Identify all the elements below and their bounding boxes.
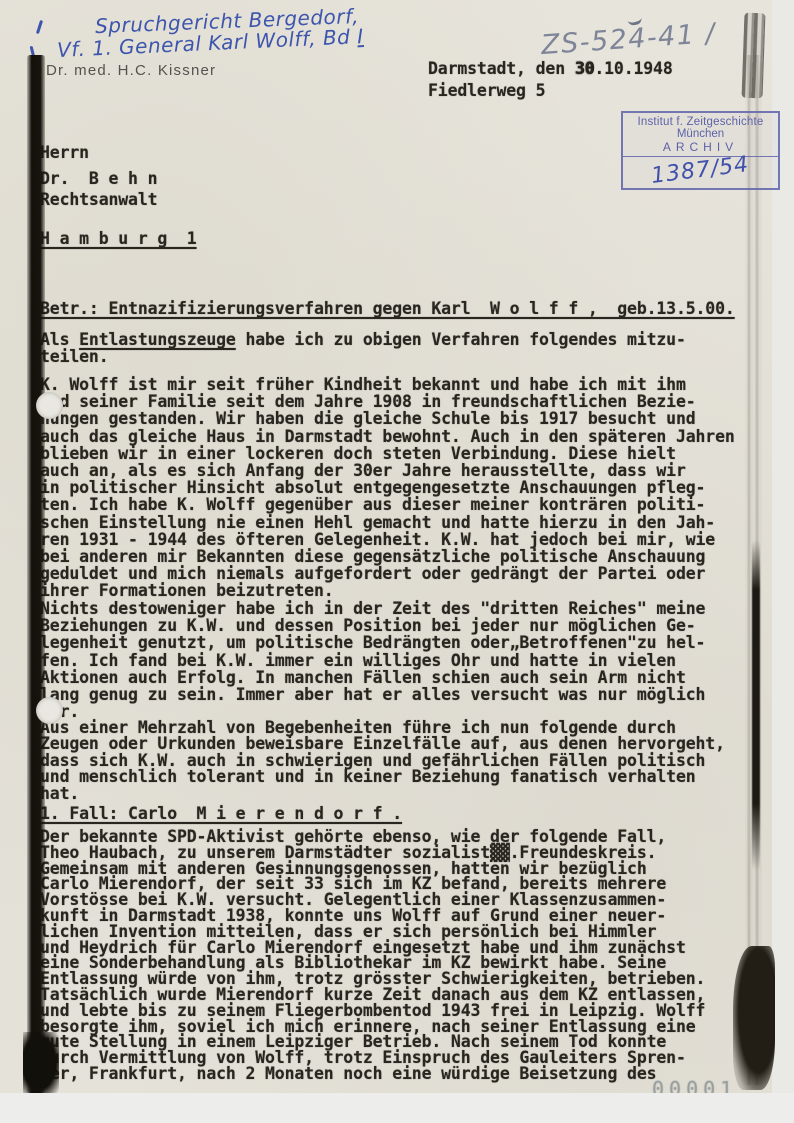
paragraph-help: Nichts destoweniger habe ich in der Zeit…	[40, 600, 705, 720]
recipient-name: Dr. B e h n	[40, 170, 157, 187]
paragraph-cases-intro: Aus einer Mehrzahl von Begebenheiten füh…	[40, 720, 725, 802]
sender-name: Dr. med. H.C. Kissner	[46, 62, 216, 79]
photo-margin-bottom	[0, 1093, 794, 1123]
stamp-archiv-line: ARCHIV	[623, 140, 778, 154]
subject-line: Betr.: Entnazifizierungsverfahren gegen …	[40, 300, 735, 317]
ink-stray-mark	[36, 20, 43, 34]
paragraph-case1: Der bekannte SPD-Aktivist gehörte ebenso…	[40, 829, 705, 1082]
hole-punch-top	[36, 392, 63, 419]
recipient-city: H a m b u r g 1	[40, 230, 197, 247]
intro-paragraph: Als Entlastungszeuge habe ich zu obigen …	[40, 331, 686, 348]
dateline-rest: .10.1948	[594, 59, 672, 78]
archive-stamp: Institut f. Zeitgeschichte München ARCHI…	[621, 111, 780, 190]
photocopy-right-streak-core	[752, 540, 760, 870]
intro-suffix: habe ich zu obigen Verfahren folgendes m…	[236, 330, 686, 349]
stamp-accession-number: 1387/54	[650, 152, 751, 189]
hole-punch-bottom	[36, 697, 63, 724]
case1-heading: 1. Fall: Carlo M i e r e n d o r f .	[40, 805, 402, 822]
paragraph-acquaintance: K. Wolff ist mir seit früher Kindheit be…	[40, 376, 735, 600]
photocopy-left-edge-blob	[23, 1032, 59, 1094]
dateline: Darmstadt, den 30.10.1948	[428, 60, 673, 77]
street-line: Fiedlerweg 5	[428, 82, 545, 99]
dateline-place: Darmstadt, den	[428, 59, 575, 78]
pencil-shelfmark: ZS-524-41 /	[540, 18, 717, 61]
recipient-title: Rechtsanwalt	[40, 191, 157, 208]
intro-paragraph-line2: teilen.	[40, 348, 109, 365]
stamp-city-line: München	[623, 128, 778, 140]
stamp-institute-line: Institut f. Zeitgeschichte	[623, 116, 778, 128]
recipient-salutation: Herrn	[40, 144, 89, 161]
dateline-day: 30	[575, 59, 595, 78]
photocopy-left-edge-band	[27, 55, 45, 1093]
photocopy-bottom-right-blotch	[733, 946, 775, 1090]
scanned-letter-page: Spruchgericht Bergedorf, Vf. 1. General …	[0, 0, 794, 1123]
photocopy-corner-smudge	[742, 13, 766, 99]
handwritten-note-volume-numeral: I	[357, 24, 364, 48]
